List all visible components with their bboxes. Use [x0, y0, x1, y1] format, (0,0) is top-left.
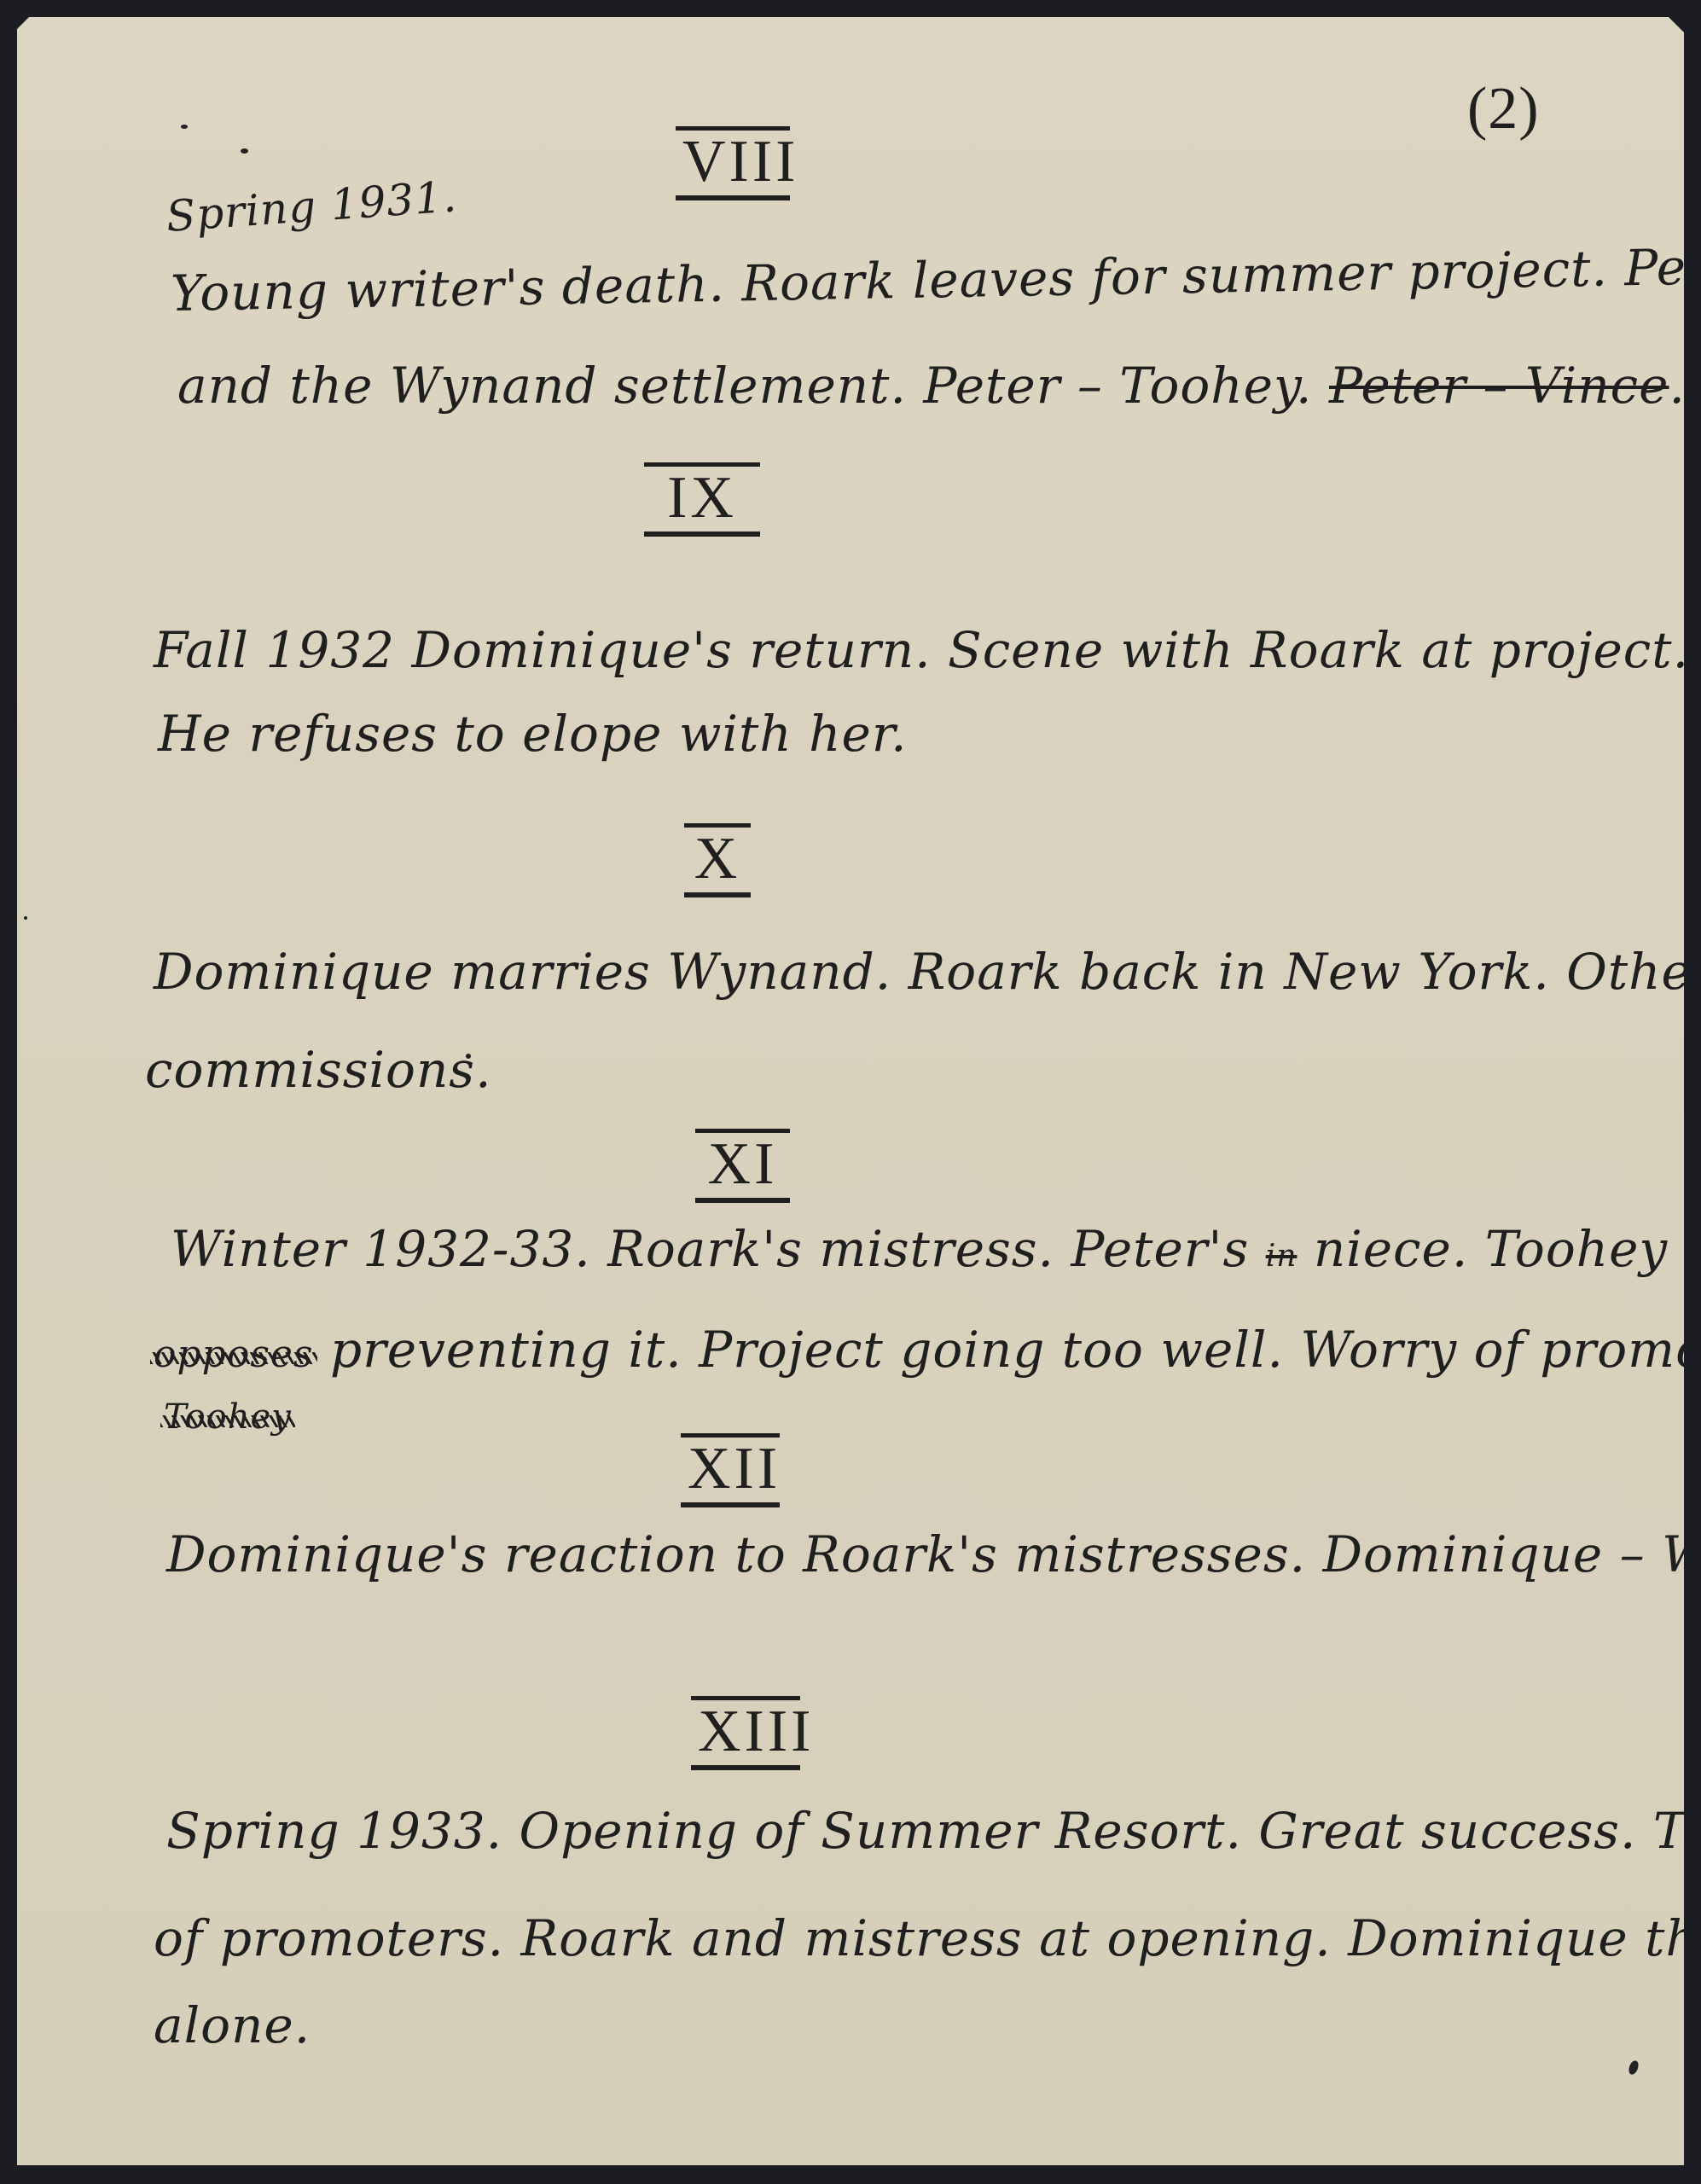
ink-speck: [241, 148, 248, 154]
ink-speck: [466, 1054, 471, 1059]
section-xiii-line-1: Spring 1933. Opening of Summer Resort. G…: [166, 1802, 1701, 1860]
section-x-line-1: Dominique marries Wynand. Roark back in …: [154, 943, 1701, 1001]
section-xi-line-1-text: Winter 1932-33. Roark's mistress. Peter'…: [171, 1220, 1249, 1278]
manuscript-page: (2) VIII Spring 1931. Young writer's dea…: [17, 17, 1684, 2165]
section-xi-line-2: opposes preventing it. Project going too…: [154, 1321, 1701, 1379]
section-viii-line-2-text: and the Wynand settlement. Peter – Toohe…: [177, 357, 1313, 415]
section-numeral-xii: XII: [681, 1433, 780, 1507]
section-ix-line-1: Fall 1932 Dominique's return. Scene with…: [154, 621, 1689, 679]
period: .: [1669, 357, 1686, 415]
section-ix-line-2: He refuses to elope with her.: [158, 705, 908, 763]
section-x-line-2: commissions.: [145, 1041, 492, 1099]
section-numeral-xi: XI: [695, 1129, 790, 1203]
section-xi-margin: Toohey: [164, 1397, 292, 1437]
section-viii-date: Spring 1931.: [165, 171, 459, 241]
struck-text: opposes: [154, 1333, 314, 1376]
section-xiii-line-3: alone.: [154, 1996, 311, 2054]
section-numeral-ix: IX: [644, 462, 760, 537]
struck-text: Toohey: [164, 1397, 292, 1437]
struck-text: Peter – Vince: [1329, 357, 1669, 415]
section-xi-line-1: Winter 1932-33. Roark's mistress. Peter'…: [171, 1220, 1668, 1278]
section-xiii-line-2: of promoters. Roark and mistress at open…: [154, 1909, 1701, 1967]
section-xii-line-1: Dominique's reaction to Roark's mistress…: [166, 1525, 1701, 1583]
section-viii-line-1: Young writer's death. Roark leaves for s…: [170, 236, 1701, 322]
page-number: (2): [1467, 75, 1540, 143]
section-xi-line-1-end: niece. Toohey: [1314, 1220, 1668, 1278]
struck-text: in: [1266, 1239, 1298, 1274]
section-numeral-x: X: [684, 823, 751, 897]
ink-speck: [24, 916, 27, 920]
section-numeral-xiii: XIII: [691, 1696, 800, 1770]
section-numeral-viii: VIII: [676, 126, 790, 200]
ink-speck: [1627, 2059, 1640, 2076]
ink-speck: [181, 125, 188, 129]
section-xi-line-2-text: preventing it. Project going too well. W…: [330, 1321, 1701, 1379]
section-viii-line-2: and the Wynand settlement. Peter – Toohe…: [177, 357, 1686, 415]
